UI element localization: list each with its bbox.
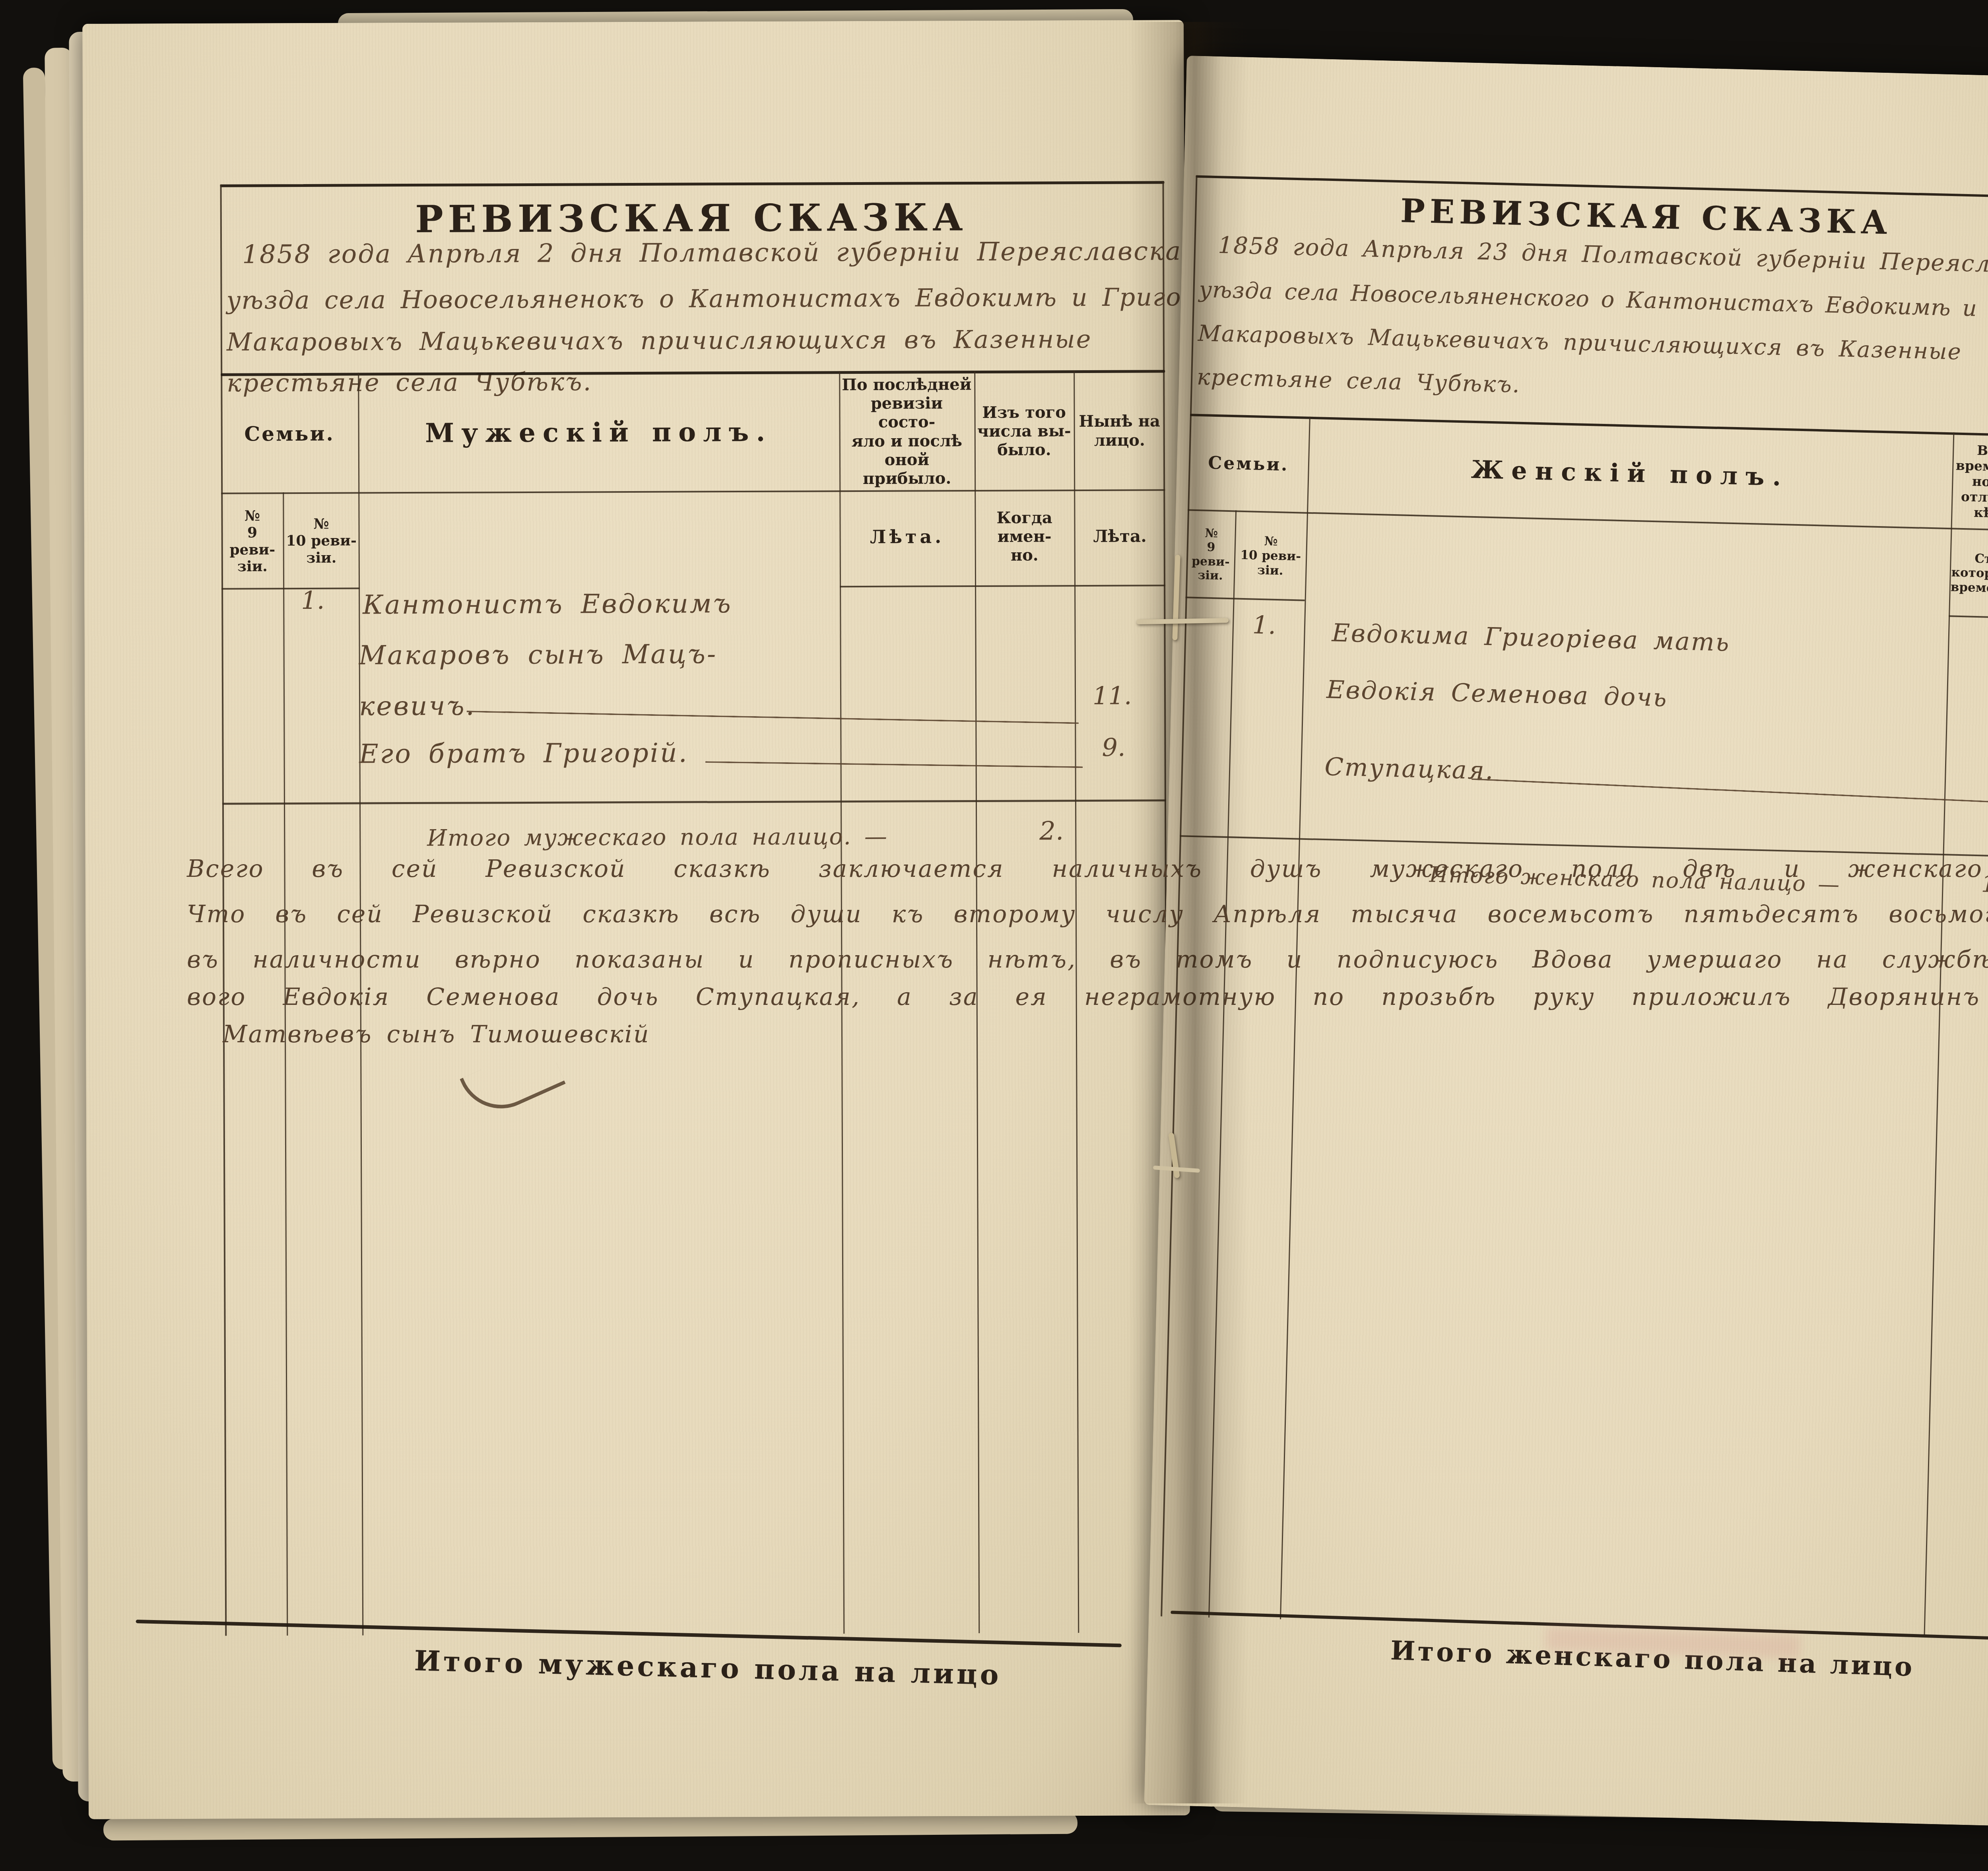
table-rule	[222, 799, 1166, 804]
column-header-female: Женскій полъ.	[1307, 419, 1953, 528]
total-line: Итого мужескаго пола налицо. —	[427, 824, 888, 851]
row-dash	[705, 761, 1083, 768]
entry-line: Евдокима Григоріева мать	[1332, 618, 1731, 657]
header-line: Макаровыхъ Мацькевичахъ причисляющихся в…	[1198, 321, 1962, 365]
column-header-male: Мужескій полъ.	[358, 375, 839, 490]
column-header-family: Семьи.	[221, 377, 358, 490]
entry-line: кевичъ.	[359, 690, 476, 721]
family-number: 1.	[1252, 610, 1276, 639]
table-rule	[840, 585, 1165, 587]
table-rule	[358, 373, 363, 1635]
column-header-when: Когда имен- но.	[977, 493, 1072, 579]
book-scan: РЕВИЗСКАЯ СКАЗКА 1858 года Апрѣля 2 дня …	[0, 0, 1988, 1871]
right-page-content: РЕВИЗСКАЯ СКАЗКА 1858 года Апрѣля 23 дня…	[1144, 56, 1988, 1828]
table-rule	[220, 181, 1165, 187]
total-value: 1.	[1981, 870, 1988, 898]
left-page-content: РЕВИЗСКАЯ СКАЗКА 1858 года Апрѣля 2 дня …	[82, 20, 1190, 1819]
column-header-last-revision: По послѣдней ревизіи состо- яло и послѣ …	[841, 373, 973, 490]
table-rule	[221, 587, 360, 589]
column-header-rev9: № 9 реви- зіи.	[222, 496, 282, 586]
entry-line: Евдокія Семенова дочь	[1326, 675, 1668, 712]
age-value: 11.	[1093, 681, 1132, 710]
right-page: РЕВИЗСКАЯ СКАЗКА 1858 года Апрѣля 23 дня…	[1144, 56, 1988, 1828]
column-header-temp-absence: Во времен- ной отлуч- кѣ.	[1952, 434, 1988, 529]
column-header-since-when: Съ котораго времени.	[1949, 532, 1988, 615]
entry-line: Кантонистъ Евдокимъ	[363, 588, 732, 620]
total-value: 2.	[1039, 816, 1064, 846]
table-rule	[1180, 835, 1988, 859]
family-number: 1.	[301, 586, 324, 615]
column-header-departed: Изъ того числа вы- было.	[976, 372, 1072, 490]
header-line: 1858 года Апрѣля 2 дня Полтавской губерн…	[242, 237, 1212, 270]
age-value: 9.	[1102, 733, 1125, 762]
table-rule	[283, 492, 288, 1636]
column-header-rev10: № 10 реви- зіи.	[285, 496, 358, 586]
header-line: Макаровыхъ Мацькевичахъ причисляющихся в…	[227, 324, 1092, 357]
row-dash	[1472, 778, 1988, 803]
left-page: РЕВИЗСКАЯ СКАЗКА 1858 года Апрѣля 2 дня …	[82, 20, 1190, 1819]
column-header-years: Лѣта.	[841, 494, 973, 580]
entry-line: Его братъ Григорій.	[359, 738, 688, 769]
row-dash	[466, 711, 1079, 724]
total-line: Итого женскаго пола налицо —	[1429, 862, 1840, 897]
table-rule	[1949, 615, 1988, 620]
entry-line: Ступацкая.	[1324, 752, 1495, 785]
header-line: уѣзда села Новосельяненокъ о Кантонистах…	[226, 282, 1229, 315]
footer-caption: Итого мужескаго пола на лицо	[414, 1644, 1002, 1691]
footer-rule	[136, 1620, 1122, 1648]
entry-line: Макаровъ сынъ Мацъ-	[359, 639, 718, 670]
binding-shadow	[1129, 22, 1248, 1803]
header-line: уѣзда села Новосельяненского о Кантонист…	[1199, 277, 1988, 324]
